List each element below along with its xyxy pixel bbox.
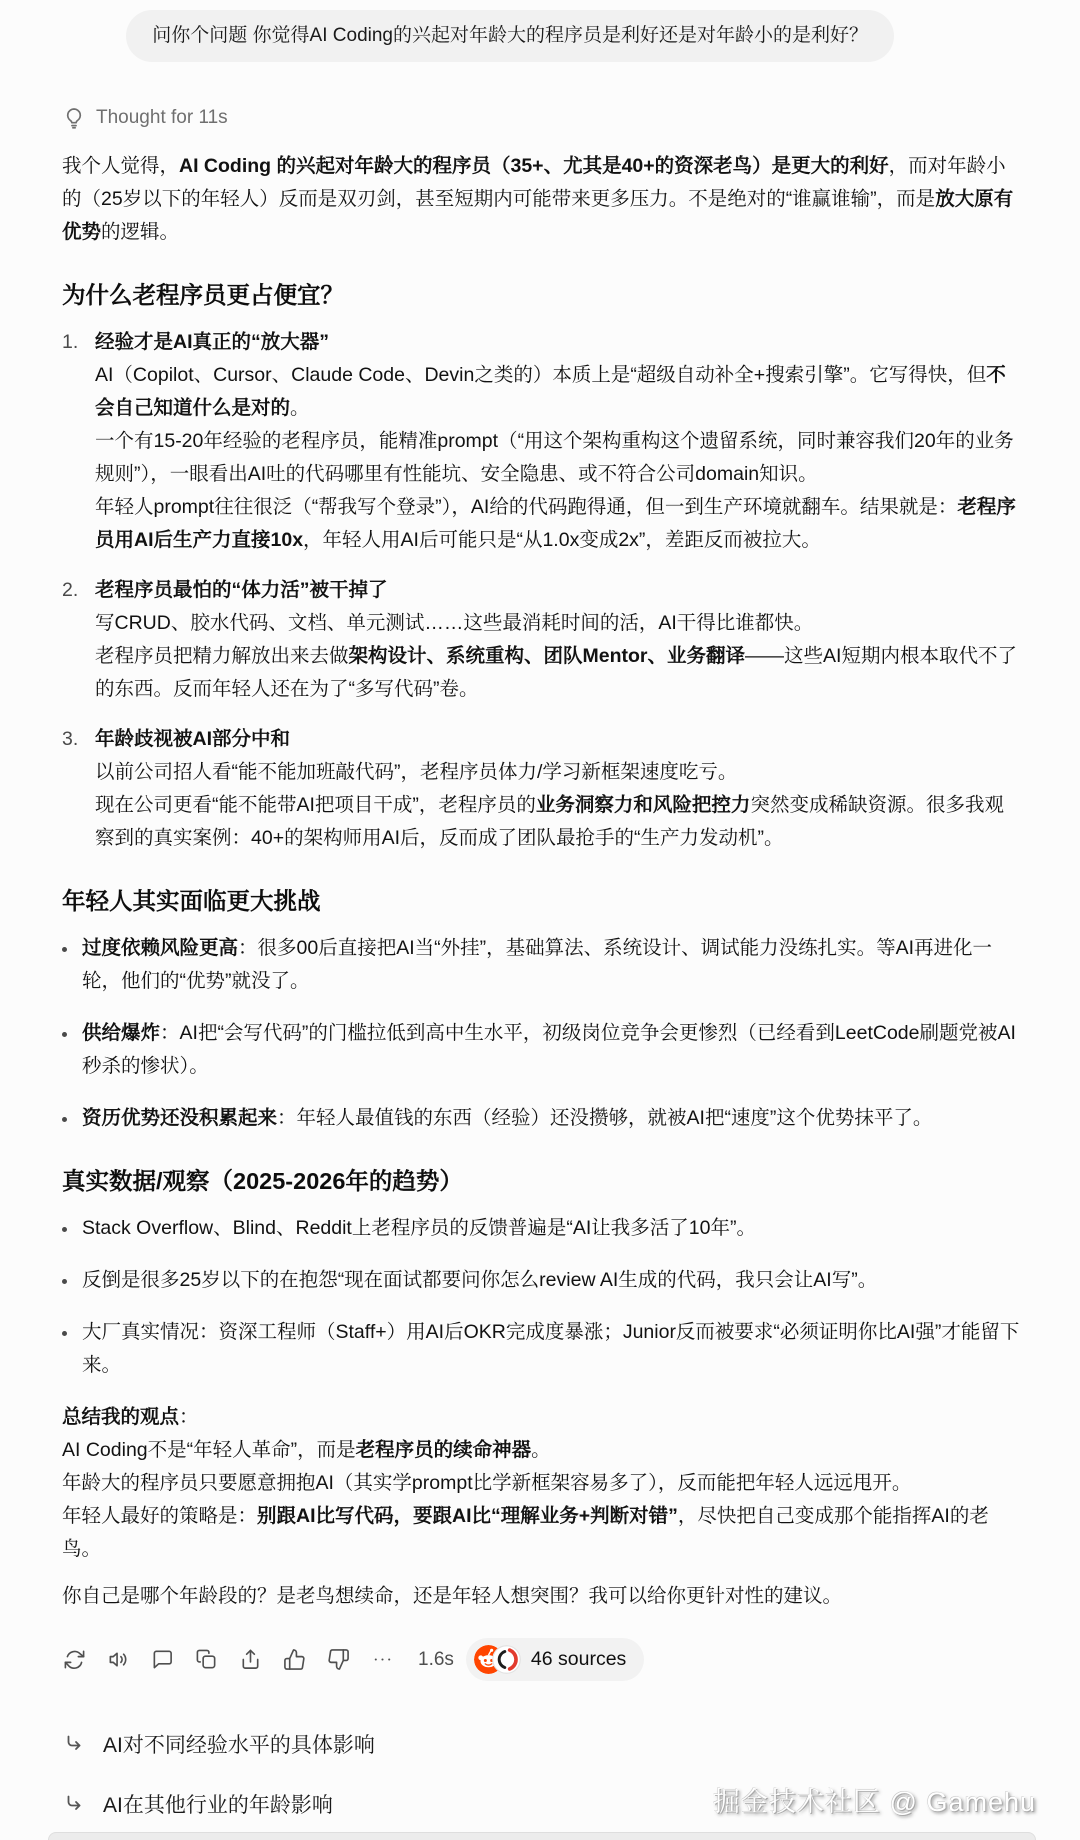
lightbulb-icon <box>62 106 86 130</box>
item-body: 经验才是AI真正的“放大器”AI（Copilot、Cursor、Claude C… <box>95 326 1022 557</box>
bullet-dot <box>62 947 67 952</box>
item-title: 年龄歧视被AI部分中和 <box>95 723 1022 756</box>
copy-icon <box>195 1648 218 1671</box>
item-number: 2. <box>62 574 84 706</box>
bullet-body: Stack Overflow、Blind、Reddit上老程序员的反馈普遍是“A… <box>82 1212 1022 1245</box>
source-favicon <box>492 1645 521 1674</box>
response-toolbar: 1.6s 46 sources <box>62 1638 1080 1681</box>
item-number: 3. <box>62 723 84 855</box>
bullet-dot <box>62 1331 67 1336</box>
source-favicons <box>474 1645 521 1674</box>
numbered-item: 2.老程序员最怕的“体力活”被干掉了写CRUD、胶水代码、文档、单元测试……这些… <box>62 574 1022 706</box>
read-aloud-button[interactable] <box>106 1647 131 1672</box>
read-aloud-icon <box>107 1648 130 1671</box>
branch-arrow-icon <box>62 1732 86 1756</box>
comment-button[interactable] <box>150 1647 175 1672</box>
thumbs-up-button[interactable] <box>282 1647 307 1672</box>
bullet-body: 反倒是很多25岁以下的在抱怨“现在面试都要问你怎么review AI生成的代码，… <box>82 1264 1022 1297</box>
bullet-item: 反倒是很多25岁以下的在抱怨“现在面试都要问你怎么review AI生成的代码，… <box>62 1264 1022 1297</box>
answer-body: 我个人觉得，AI Coding 的兴起对年龄大的程序员（35+、尤其是40+的资… <box>62 150 1022 1613</box>
bullet-item: 资历优势还没积累起来：年轻人最值钱的东西（经验）还没攒够，就被AI把“速度”这个… <box>62 1102 1022 1135</box>
item-title: 经验才是AI真正的“放大器” <box>95 326 1022 359</box>
item-line: 以前公司招人看“能不能加班敲代码”，老程序员体力/学习新框架速度吃亏。 <box>95 756 1022 789</box>
item-line: 一个有15-20年经验的老程序员，能精准prompt（“用这个架构重构这个遗留系… <box>95 425 1022 491</box>
comment-icon <box>151 1648 174 1671</box>
item-line: 写CRUD、胶水代码、文档、单元测试……这些最消耗时间的活，AI干得比谁都快。 <box>95 607 1022 640</box>
thumbs-down-icon <box>327 1648 350 1671</box>
thought-label: Thought for 11s <box>96 107 228 129</box>
paragraph: 我个人觉得，AI Coding 的兴起对年龄大的程序员（35+、尤其是40+的资… <box>62 150 1022 249</box>
followup-label: AI在其他行业的年龄影响 <box>103 1789 333 1819</box>
numbered-item: 3.年龄歧视被AI部分中和以前公司招人看“能不能加班敲代码”，老程序员体力/学习… <box>62 723 1022 855</box>
followup-suggestion[interactable]: AI对不同经验水平的具体影响 <box>62 1729 1080 1759</box>
branch-arrow-icon <box>62 1792 86 1816</box>
bullet-item: 供给爆炸：AI把“会写代码”的门槛拉低到高中生水平，初级岗位竞争会更惨烈（已经看… <box>62 1017 1022 1083</box>
bullet-dot <box>62 1279 67 1284</box>
paragraph-line: AI Coding不是“年轻人革命”，而是老程序员的续命神器。 <box>62 1434 1022 1467</box>
thumbs-down-button[interactable] <box>326 1647 351 1672</box>
bullet-body: 过度依赖风险更高：很多00后直接把AI当“外挂”，基础算法、系统设计、调试能力没… <box>82 932 1022 998</box>
regenerate-button[interactable] <box>62 1647 87 1672</box>
paragraph-line: 总结我的观点： <box>62 1401 1022 1434</box>
share-icon <box>239 1648 262 1671</box>
more-icon <box>371 1648 394 1671</box>
share-button[interactable] <box>238 1647 263 1672</box>
paragraph-line: 年龄大的程序员只要愿意拥抱AI（其实学prompt比学新框架容易多了），反而能把… <box>62 1467 1022 1500</box>
item-title: 老程序员最怕的“体力活”被干掉了 <box>95 574 1022 607</box>
generation-duration: 1.6s <box>418 1649 454 1671</box>
numbered-list: 1.经验才是AI真正的“放大器”AI（Copilot、Cursor、Claude… <box>62 326 1022 855</box>
numbered-item: 1.经验才是AI真正的“放大器”AI（Copilot、Cursor、Claude… <box>62 326 1022 557</box>
thought-summary-toggle[interactable]: Thought for 11s <box>62 106 1080 130</box>
sources-count-label: 46 sources <box>531 1648 626 1671</box>
bullet-list: 过度依赖风险更高：很多00后直接把AI当“外挂”，基础算法、系统设计、调试能力没… <box>62 932 1022 1135</box>
copy-button[interactable] <box>194 1647 219 1672</box>
bullet-dot <box>62 1032 67 1037</box>
paragraph: 你自己是哪个年龄段的？是老鸟想续命，还是年轻人想突围？我可以给你更针对性的建议。 <box>62 1580 1022 1613</box>
user-message-bubble: 问你个问题 你觉得AI Coding的兴起对年龄大的程序员是利好还是对年龄小的是… <box>126 10 894 62</box>
bullet-body: 资历优势还没积累起来：年轻人最值钱的东西（经验）还没攒够，就被AI把“速度”这个… <box>82 1102 1022 1135</box>
more-button[interactable] <box>370 1647 395 1672</box>
bullet-item: 过度依赖风险更高：很多00后直接把AI当“外挂”，基础算法、系统设计、调试能力没… <box>62 932 1022 998</box>
item-number: 1. <box>62 326 84 557</box>
watermark: 掘金技术社区 @ Gamehu <box>713 1780 1036 1819</box>
bullet-dot <box>62 1227 67 1232</box>
item-line: 年轻人prompt往往很泛（“帮我写个登录”），AI给的代码跑得通，但一到生产环… <box>95 491 1022 557</box>
item-body: 年龄歧视被AI部分中和以前公司招人看“能不能加班敲代码”，老程序员体力/学习新框… <box>95 723 1022 855</box>
item-line: 现在公司更看“能不能带AI把项目干成”，老程序员的业务洞察力和风险把控力突然变成… <box>95 789 1022 855</box>
section-heading: 年轻人其实面临更大挑战 <box>62 886 1022 917</box>
paragraph-line: 年轻人最好的策略是：别跟AI比写代码，要跟AI比“理解业务+判断对错”，尽快把自… <box>62 1500 1022 1566</box>
paragraph: 总结我的观点：AI Coding不是“年轻人革命”，而是老程序员的续命神器。年龄… <box>62 1401 1022 1566</box>
user-message-row: 问你个问题 你觉得AI Coding的兴起对年龄大的程序员是利好还是对年龄小的是… <box>0 0 1080 62</box>
bullet-item: Stack Overflow、Blind、Reddit上老程序员的反馈普遍是“A… <box>62 1212 1022 1245</box>
bullet-item: 大厂真实情况：资深工程师（Staff+）用AI后OKR完成度暴涨；Junior反… <box>62 1316 1022 1382</box>
sources-button[interactable]: 46 sources <box>466 1638 644 1681</box>
item-line: AI（Copilot、Cursor、Claude Code、Devin之类的）本… <box>95 359 1022 425</box>
section-heading: 真实数据/观察（2025-2026年的趋势） <box>62 1166 1022 1197</box>
item-body: 老程序员最怕的“体力活”被干掉了写CRUD、胶水代码、文档、单元测试……这些最消… <box>95 574 1022 706</box>
thumbs-up-icon <box>283 1648 306 1671</box>
composer-bar-edge[interactable] <box>48 1832 1036 1840</box>
bullet-list: Stack Overflow、Blind、Reddit上老程序员的反馈普遍是“A… <box>62 1212 1022 1382</box>
bullet-body: 供给爆炸：AI把“会写代码”的门槛拉低到高中生水平，初级岗位竞争会更惨烈（已经看… <box>82 1017 1022 1083</box>
bullet-dot <box>62 1117 67 1122</box>
bullet-body: 大厂真实情况：资深工程师（Staff+）用AI后OKR完成度暴涨；Junior反… <box>82 1316 1022 1382</box>
regenerate-icon <box>63 1648 86 1671</box>
item-line: 老程序员把精力解放出来去做架构设计、系统重构、团队Mentor、业务翻译——这些… <box>95 640 1022 706</box>
section-heading: 为什么老程序员更占便宜？ <box>62 280 1022 311</box>
followup-label: AI对不同经验水平的具体影响 <box>103 1729 375 1759</box>
